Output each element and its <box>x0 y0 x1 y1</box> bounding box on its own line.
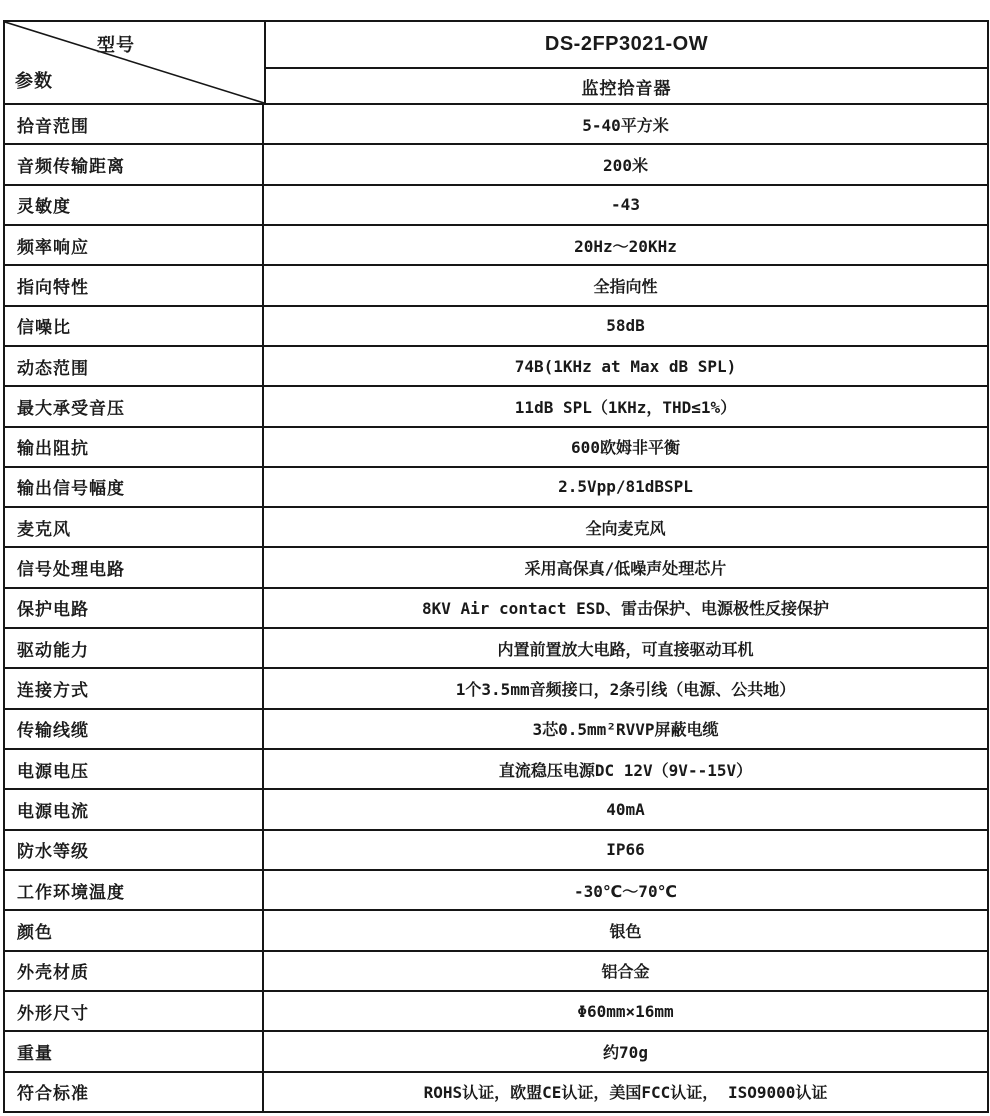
table-row: 输出阻抗 600欧姆非平衡 <box>5 426 987 466</box>
table-row: 连接方式 1个3.5mm音频接口，2条引线（电源、公共地） <box>5 667 987 707</box>
spec-value: 74B(1KHz at Max dB SPL) <box>264 347 987 385</box>
table-row: 拾音范围 5-40平方米 <box>5 103 987 143</box>
spec-label: 连接方式 <box>5 669 264 707</box>
spec-value: 40mA <box>264 790 987 828</box>
header-corner-cell: 型号 参数 <box>5 22 266 103</box>
spec-value: 3芯0.5mm²RVVP屏蔽电缆 <box>264 710 987 748</box>
spec-value: 约70g <box>264 1032 987 1070</box>
table-row: 外形尺寸 Φ60mm×16mm <box>5 990 987 1030</box>
product-spec-table: 型号 参数 DS-2FP3021-OW 监控拾音器 拾音范围 5-40平方米 音… <box>3 20 989 1113</box>
spec-value: 采用高保真/低噪声处理芯片 <box>264 548 987 586</box>
spec-label: 最大承受音压 <box>5 387 264 425</box>
spec-rows: 拾音范围 5-40平方米 音频传输距离 200米 灵敏度 -43 频率响应 20… <box>5 103 987 1111</box>
table-row: 信噪比 58dB <box>5 305 987 345</box>
table-row: 指向特性 全指向性 <box>5 264 987 304</box>
spec-label: 麦克风 <box>5 508 264 546</box>
spec-label: 信噪比 <box>5 307 264 345</box>
table-row: 保护电路 8KV Air contact ESD、雷击保护、电源极性反接保护 <box>5 587 987 627</box>
spec-label: 指向特性 <box>5 266 264 304</box>
table-row: 电源电流 40mA <box>5 788 987 828</box>
spec-value: ROHS认证，欧盟CE认证，美国FCC认证， ISO9000认证 <box>264 1073 987 1111</box>
spec-label: 防水等级 <box>5 831 264 869</box>
table-row: 工作环境温度 -30℃～70℃ <box>5 869 987 909</box>
table-row: 颜色 银色 <box>5 909 987 949</box>
spec-label: 重量 <box>5 1032 264 1070</box>
spec-value: Φ60mm×16mm <box>264 992 987 1030</box>
product-category-cell: 监控拾音器 <box>266 69 987 103</box>
spec-label: 输出阻抗 <box>5 428 264 466</box>
table-row: 驱动能力 内置前置放大电路，可直接驱动耳机 <box>5 627 987 667</box>
table-row: 动态范围 74B(1KHz at Max dB SPL) <box>5 345 987 385</box>
table-row: 输出信号幅度 2.5Vpp/81dBSPL <box>5 466 987 506</box>
table-header-row: 型号 参数 DS-2FP3021-OW 监控拾音器 <box>5 22 987 103</box>
table-row: 信号处理电路 采用高保真/低噪声处理芯片 <box>5 546 987 586</box>
table-row: 频率响应 20Hz～20KHz <box>5 224 987 264</box>
table-row: 重量 约70g <box>5 1030 987 1070</box>
spec-value: 银色 <box>264 911 987 949</box>
table-row: 外壳材质 铝合金 <box>5 950 987 990</box>
spec-label: 符合标准 <box>5 1073 264 1111</box>
spec-label: 音频传输距离 <box>5 145 264 183</box>
spec-value: 直流稳压电源DC 12V（9V--15V） <box>264 750 987 788</box>
spec-value: 600欧姆非平衡 <box>264 428 987 466</box>
table-row: 电源电压 直流稳压电源DC 12V（9V--15V） <box>5 748 987 788</box>
spec-label: 灵敏度 <box>5 186 264 224</box>
table-row: 音频传输距离 200米 <box>5 143 987 183</box>
spec-value: 5-40平方米 <box>264 105 987 143</box>
header-right-cells: DS-2FP3021-OW 监控拾音器 <box>266 22 987 103</box>
spec-label: 驱动能力 <box>5 629 264 667</box>
table-row: 传输线缆 3芯0.5mm²RVVP屏蔽电缆 <box>5 708 987 748</box>
spec-label: 拾音范围 <box>5 105 264 143</box>
spec-label: 保护电路 <box>5 589 264 627</box>
spec-value: 内置前置放大电路，可直接驱动耳机 <box>264 629 987 667</box>
spec-value: IP66 <box>264 831 987 869</box>
spec-label: 频率响应 <box>5 226 264 264</box>
corner-label-parameter: 参数 <box>15 67 53 93</box>
spec-label: 输出信号幅度 <box>5 468 264 506</box>
spec-label: 信号处理电路 <box>5 548 264 586</box>
table-row: 麦克风 全向麦克风 <box>5 506 987 546</box>
spec-label: 电源电压 <box>5 750 264 788</box>
model-number-cell: DS-2FP3021-OW <box>266 22 987 69</box>
spec-label: 工作环境温度 <box>5 871 264 909</box>
spec-value: 20Hz～20KHz <box>264 226 987 264</box>
table-row: 防水等级 IP66 <box>5 829 987 869</box>
spec-value: 全向麦克风 <box>264 508 987 546</box>
spec-value: 58dB <box>264 307 987 345</box>
spec-label: 外壳材质 <box>5 952 264 990</box>
spec-value: 11dB SPL（1KHz，THD≤1%） <box>264 387 987 425</box>
table-row: 灵敏度 -43 <box>5 184 987 224</box>
spec-label: 颜色 <box>5 911 264 949</box>
spec-value: 铝合金 <box>264 952 987 990</box>
spec-label: 电源电流 <box>5 790 264 828</box>
spec-label: 外形尺寸 <box>5 992 264 1030</box>
spec-value: 8KV Air contact ESD、雷击保护、电源极性反接保护 <box>264 589 987 627</box>
spec-value: 200米 <box>264 145 987 183</box>
spec-value: -43 <box>264 186 987 224</box>
spec-value: 1个3.5mm音频接口，2条引线（电源、公共地） <box>264 669 987 707</box>
spec-label: 传输线缆 <box>5 710 264 748</box>
spec-value: 全指向性 <box>264 266 987 304</box>
spec-label: 动态范围 <box>5 347 264 385</box>
spec-value: -30℃～70℃ <box>264 871 987 909</box>
table-row: 符合标准 ROHS认证，欧盟CE认证，美国FCC认证， ISO9000认证 <box>5 1071 987 1111</box>
corner-label-model: 型号 <box>97 31 135 57</box>
table-row: 最大承受音压 11dB SPL（1KHz，THD≤1%） <box>5 385 987 425</box>
spec-value: 2.5Vpp/81dBSPL <box>264 468 987 506</box>
